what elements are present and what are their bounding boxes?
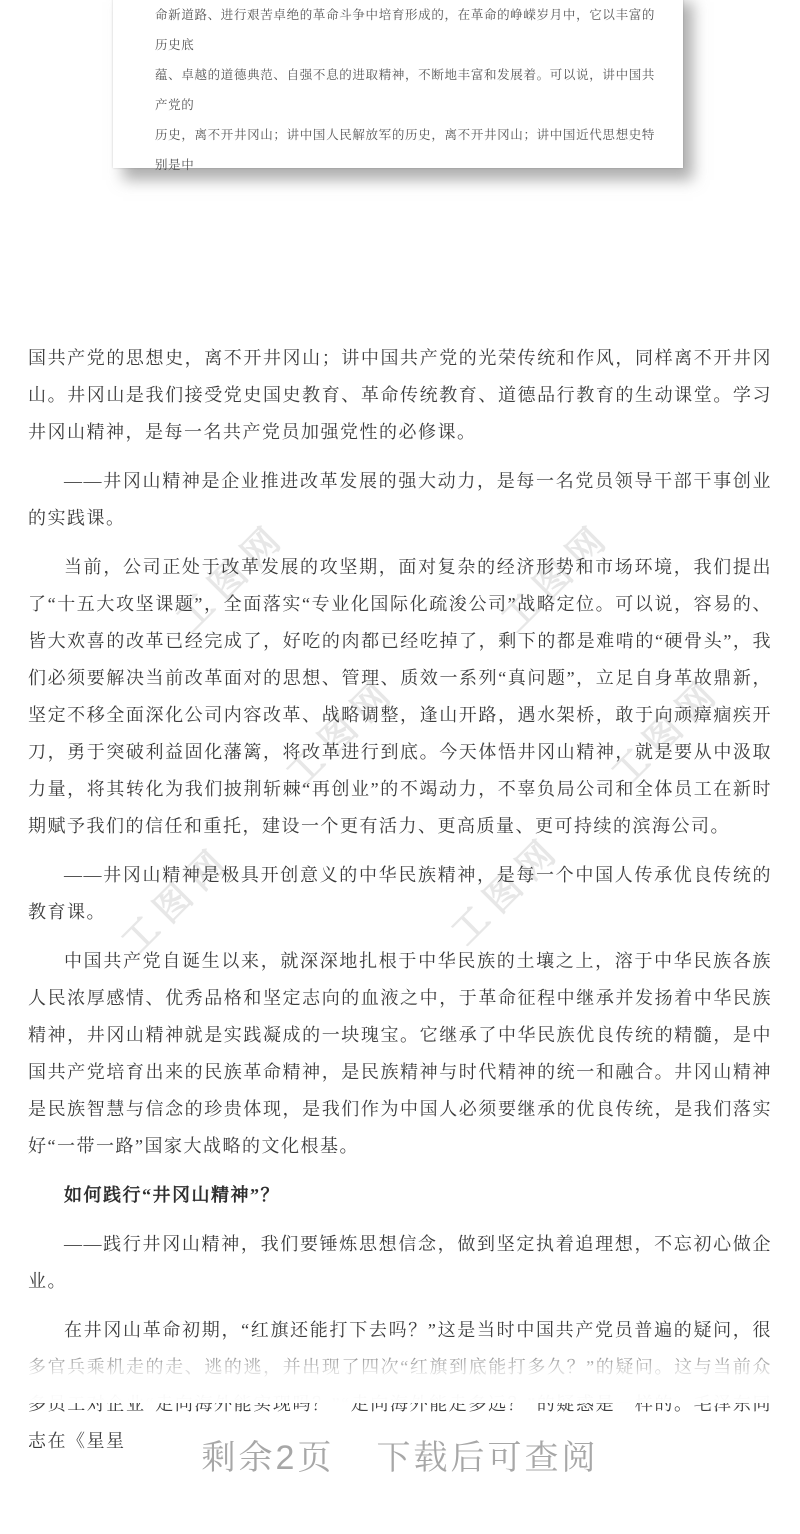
document-page-preview: 命新道路、进行艰苦卓绝的革命斗争中培育形成的，在革命的峥嵘岁月中，它以丰富的历史… bbox=[113, 0, 683, 168]
remaining-pages-notice: 剩余2页 下载后可查阅 bbox=[0, 1430, 800, 1479]
paragraph: 中国共产党自诞生以来，就深深地扎根于中华民族的土壤之上，溶于中华民族各族人民浓厚… bbox=[28, 943, 772, 1165]
paragraph: 国共产党的思想史，离不开井冈山；讲中国共产党的光荣传统和作风，同样离不开井冈山。… bbox=[28, 340, 772, 451]
download-hint: 下载后可查阅 bbox=[376, 1430, 598, 1479]
document-preview-page: 工图网工图网工图网工图网工图网工图网 命新道路、进行艰苦卓绝的革命斗争中培育形成… bbox=[0, 0, 800, 1534]
paragraph: ——践行井冈山精神，我们要锤炼思想信念，做到坚定执着追理想，不忘初心做企业。 bbox=[28, 1226, 772, 1300]
preview-line: 历史，离不开井冈山；讲中国人民解放军的历史，离不开井冈山；讲中国近代思想史特别是… bbox=[155, 120, 655, 180]
paragraph: 当前，公司正处于改革发展的攻坚期，面对复杂的经济形势和市场环境，我们提出了“十五… bbox=[28, 549, 772, 845]
preview-line: 蕴、卓越的道德典范、自强不息的进取精神，不断地丰富和发展着。可以说，讲中国共产党… bbox=[155, 60, 655, 120]
section-heading: 如何践行“井冈山精神”？ bbox=[28, 1177, 772, 1214]
preview-line: 命新道路、进行艰苦卓绝的革命斗争中培育形成的，在革命的峥嵘岁月中，它以丰富的历史… bbox=[155, 0, 655, 60]
document-body: 国共产党的思想史，离不开井冈山；讲中国共产党的光荣传统和作风，同样离不开井冈山。… bbox=[28, 340, 772, 1472]
paragraph: ——井冈山精神是企业推进改革发展的强大动力，是每一名党员领导干部干事创业的实践课… bbox=[28, 463, 772, 537]
remaining-pages-count: 剩余2页 bbox=[202, 1430, 335, 1479]
paragraph: ——井冈山精神是极具开创意义的中华民族精神，是每一个中国人传承优良传统的教育课。 bbox=[28, 857, 772, 931]
